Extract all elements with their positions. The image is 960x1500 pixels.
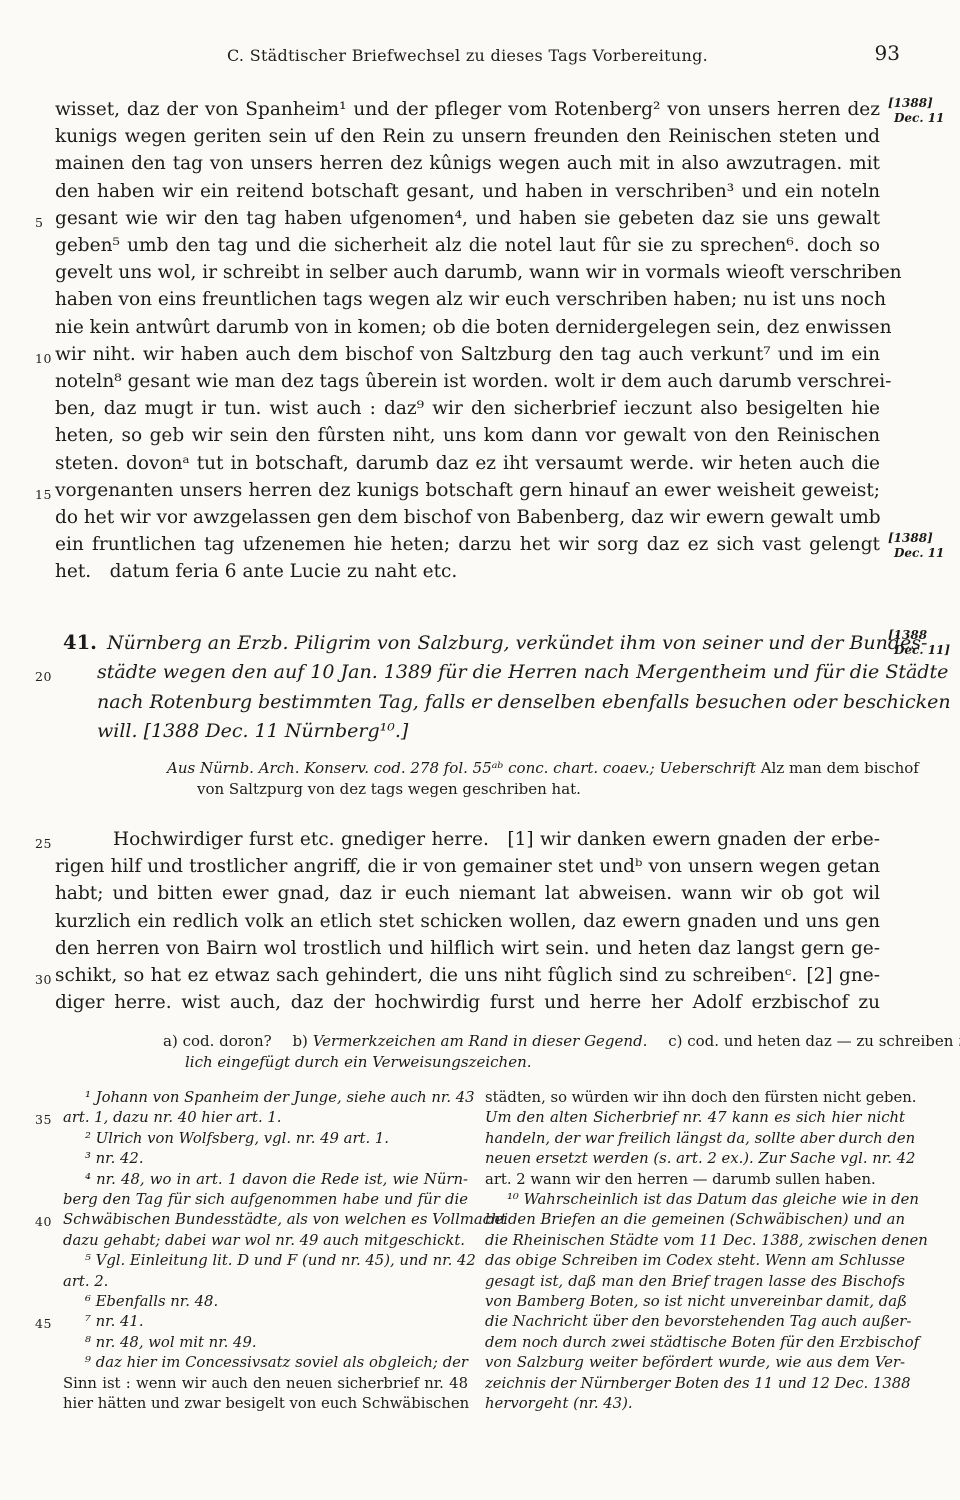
footnote-line: von Salzburg weiter befördert wurde, wie…	[485, 1353, 905, 1373]
text-line: steten. dovonᵃ tut in botschaft, darumb …	[55, 450, 880, 477]
footnote-line: gesagt ist, daß man den Brief tragen las…	[485, 1272, 905, 1292]
line-number: 5	[35, 209, 43, 236]
apparatus-a: a) cod. doron?	[163, 1032, 272, 1050]
apparatus-note: a) cod. doron? b) Vermerkzeichen am Rand…	[163, 1031, 923, 1073]
text-line: geben⁵ umb den tag und die sicherheit al…	[55, 232, 880, 259]
footnote-line: ⁴ nr. 48, wo in art. 1 davon die Rede is…	[63, 1170, 468, 1190]
margin-date-note: [1388] Dec. 11	[888, 531, 960, 560]
footnote-line: Um den alten Sicherbrief nr. 47 kann es …	[485, 1108, 905, 1128]
apparatus-b-label: b)	[292, 1032, 307, 1050]
apparatus-c-text: c) cod. und heten daz — zu schreiben	[668, 1032, 953, 1050]
text-line: 25 Hochwirdiger furst etc. gnediger herr…	[55, 826, 880, 853]
text-line: ein fruntlichen tag ufzenemen hie heten;…	[55, 531, 880, 558]
footnote-line: ¹ Johann von Spanheim der Junge, siehe a…	[63, 1088, 468, 1108]
footnote-line: ⁶ Ebenfalls nr. 48.	[63, 1292, 468, 1312]
running-title: C. Städtischer Briefwechsel zu dieses Ta…	[55, 46, 880, 65]
footnote-line: art. 2 wann wir den herren — darumb sull…	[485, 1170, 905, 1190]
margin-date-note: [1388] Dec. 11	[888, 96, 960, 125]
margin-date-day: Dec. 11]	[888, 643, 960, 658]
book-page: C. Städtischer Briefwechsel zu dieses Ta…	[0, 0, 960, 1500]
text-line: 30 schikt, so hat ez etwaz sach gehinder…	[55, 962, 880, 989]
source-note-heading: Alz man dem bischof	[761, 759, 919, 777]
footnote-line: 45 ⁷ nr. 41.	[63, 1312, 468, 1332]
text-line: wisset, daz der von Spanheim¹ und der pf…	[55, 96, 880, 123]
footnotes-left-column: ¹ Johann von Spanheim der Junge, siehe a…	[63, 1088, 468, 1415]
footnote-line: das obige Schreiben im Codex steht. Wenn…	[485, 1251, 905, 1271]
text-line: habt; und bitten ewer gnad, daz ir euch …	[55, 880, 880, 907]
text-line: heten, so geb wir sein den fûrsten niht,…	[55, 422, 880, 449]
footnote-line: 35 art. 1, dazu nr. 40 hier art. 1.	[63, 1108, 468, 1128]
margin-date-year: [1388]	[888, 96, 960, 111]
margin-date-year: [1388]	[888, 531, 960, 546]
line-number: 20	[35, 662, 52, 691]
regest-number: 41.	[63, 631, 107, 654]
footnote-line-content: art. 1, dazu nr. 40 hier art. 1.	[63, 1108, 468, 1128]
regest-41: 41.Nürnberg an Erzb. Piligrim von Salzbu…	[55, 628, 880, 747]
text-line: 20 städte wegen den auf 10 Jan. 1389 für…	[55, 658, 880, 687]
text-line-content: städte wegen den auf 10 Jan. 1389 für di…	[97, 658, 880, 687]
footnote-line: ⁹ daz hier im Concessivsatz soviel als o…	[63, 1353, 468, 1373]
margin-date-day: Dec. 11	[888, 546, 960, 561]
text-line: 10 wir niht. wir haben auch dem bischof …	[55, 341, 880, 368]
footnote-line: berg den Tag für sich aufgenommen habe u…	[63, 1190, 468, 1210]
text-line: nach Rotenburg bestimmten Tag, falls er …	[97, 688, 880, 717]
line-number: 35	[35, 1110, 52, 1130]
page-number: 93	[875, 41, 900, 65]
text-line: mainen den tag von unsers herren dez kûn…	[55, 150, 880, 177]
footnote-line: zeichnis der Nürnberger Boten des 11 und…	[485, 1374, 905, 1394]
line-number: 40	[35, 1212, 52, 1232]
text-line-content: schikt, so hat ez etwaz sach gehindert, …	[55, 962, 880, 989]
text-line: ben, daz mugt ir tun. wist auch : daz⁹ w…	[55, 395, 880, 422]
text-line: do het wir vor awzgelassen gen dem bisch…	[55, 504, 880, 531]
footnote-line: Sinn ist : wenn wir auch den neuen siche…	[63, 1374, 468, 1394]
text-line: den herren von Bairn wol trostlich und h…	[55, 935, 880, 962]
line-number: 25	[35, 830, 52, 857]
text-line-content: wisset, daz der von Spanheim¹ und der pf…	[55, 96, 880, 123]
footnote-line: die Rheinischen Städte vom 11 Dec. 1388,…	[485, 1231, 905, 1251]
source-note-line: von Saltzpurg von dez tags wegen geschri…	[167, 779, 882, 800]
text-line-content: wir niht. wir haben auch dem bischof von…	[55, 341, 880, 368]
text-line: nie kein antwûrt darumb von in komen; ob…	[55, 314, 880, 341]
footnote-line: dem noch durch zwei städtische Boten für…	[485, 1333, 905, 1353]
text-line: diger herre. wist auch, daz der hochwird…	[55, 989, 880, 1016]
footnotes-right-column: städten, so würden wir ihn doch den fürs…	[485, 1088, 905, 1415]
footnote-line: ⁵ Vgl. Einleitung lit. D und F (und nr. …	[63, 1251, 468, 1271]
text-line: will. [1388 Dec. 11 Nürnberg¹⁰.]	[97, 717, 880, 746]
text-line-content: gesant wie wir den tag haben ufgenomen⁴,…	[55, 205, 880, 232]
line-number: 45	[35, 1314, 52, 1334]
footnote-line: ³ nr. 42.	[63, 1149, 468, 1169]
letter-text-41: 25 Hochwirdiger furst etc. gnediger herr…	[55, 826, 880, 1016]
source-note-line: Aus Nürnb. Arch. Konserv. cod. 278 fol. …	[167, 758, 882, 779]
letter-text: wisset, daz der von Spanheim¹ und der pf…	[55, 96, 880, 586]
apparatus-b-text: Vermerkzeichen am Rand in dieser Gegend.	[313, 1032, 648, 1050]
footnote-line: ⁸ nr. 48, wol mit nr. 49.	[63, 1333, 468, 1353]
page-header: C. Städtischer Briefwechsel zu dieses Ta…	[55, 46, 880, 65]
text-line-content: ein fruntlichen tag ufzenemen hie heten;…	[55, 531, 880, 558]
text-line: 5 gesant wie wir den tag haben ufgenomen…	[55, 205, 880, 232]
footnote-line: handeln, der war freilich längst da, sol…	[485, 1129, 905, 1149]
footnote-line: 40 Schwäbischen Bundesstädte, als von we…	[63, 1210, 468, 1230]
footnote-line: städten, so würden wir ihn doch den fürs…	[485, 1088, 905, 1108]
text-line-content: vorgenanten unsers herren dez kunigs bot…	[55, 477, 880, 504]
text-line: gevelt uns wol, ir schreibt in selber au…	[55, 259, 880, 286]
footnote-line: von Bamberg Boten, so ist nicht unverein…	[485, 1292, 905, 1312]
footnote-line: hervorgeht (nr. 43).	[485, 1394, 905, 1414]
margin-date-day: Dec. 11	[888, 111, 960, 126]
text-line: het. datum feria 6 ante Lucie zu naht et…	[55, 558, 880, 585]
text-line: kurzlich ein redlich volk an etlich stet…	[55, 908, 880, 935]
source-note-citation: Aus Nürnb. Arch. Konserv. cod. 278 fol. …	[167, 759, 756, 777]
line-number: 15	[35, 481, 52, 508]
line-number: 10	[35, 345, 52, 372]
source-note: Aus Nürnb. Arch. Konserv. cod. 278 fol. …	[167, 758, 882, 800]
footnote-line: hier hätten und zwar besigelt von euch S…	[63, 1394, 468, 1414]
text-line: 15 vorgenanten unsers herren dez kunigs …	[55, 477, 880, 504]
text-line: kunigs wegen geriten sein uf den Rein zu…	[55, 123, 880, 150]
footnote-line: art. 2.	[63, 1272, 468, 1292]
text-line: 41.Nürnberg an Erzb. Piligrim von Salzbu…	[55, 628, 880, 658]
text-line: den haben wir ein reitend botschaft gesa…	[55, 178, 880, 205]
footnote-line: beiden Briefen an die gemeinen (Schwäbis…	[485, 1210, 905, 1230]
footnote-line: ² Ulrich von Wolfsberg, vgl. nr. 49 art.…	[63, 1129, 468, 1149]
regest-text: Nürnberg an Erzb. Piligrim von Salzburg,…	[107, 632, 928, 654]
apparatus-line: lich eingefügt durch ein Verweisungszeic…	[163, 1052, 923, 1073]
footnote-line: dazu gehabt; dabei war wol nr. 49 auch m…	[63, 1231, 468, 1251]
line-number: 30	[35, 966, 52, 993]
text-line: rigen hilf und trostlicher angriff, die …	[55, 853, 880, 880]
footnote-line-content: ⁷ nr. 41.	[63, 1312, 468, 1332]
text-line: haben von eins freuntlichen tags wegen a…	[55, 286, 880, 313]
margin-date-note: [1388 Dec. 11]	[888, 628, 960, 657]
apparatus-line: a) cod. doron? b) Vermerkzeichen am Rand…	[163, 1031, 923, 1052]
margin-date-year: [1388	[888, 628, 960, 643]
footnote-line: neuen ersetzt werden (s. art. 2 ex.). Zu…	[485, 1149, 905, 1169]
footnote-line: die Nachricht über den bevorstehenden Ta…	[485, 1312, 905, 1332]
footnote-line: ¹⁰ Wahrscheinlich ist das Datum das glei…	[485, 1190, 905, 1210]
text-line: noteln⁸ gesant wie man dez tags ûberein …	[55, 368, 880, 395]
footnote-line-content: Schwäbischen Bundesstädte, als von welch…	[63, 1210, 468, 1230]
regest-heading-line: 41.Nürnberg an Erzb. Piligrim von Salzbu…	[63, 628, 880, 658]
text-line-content: Hochwirdiger furst etc. gnediger herre. …	[55, 826, 880, 853]
